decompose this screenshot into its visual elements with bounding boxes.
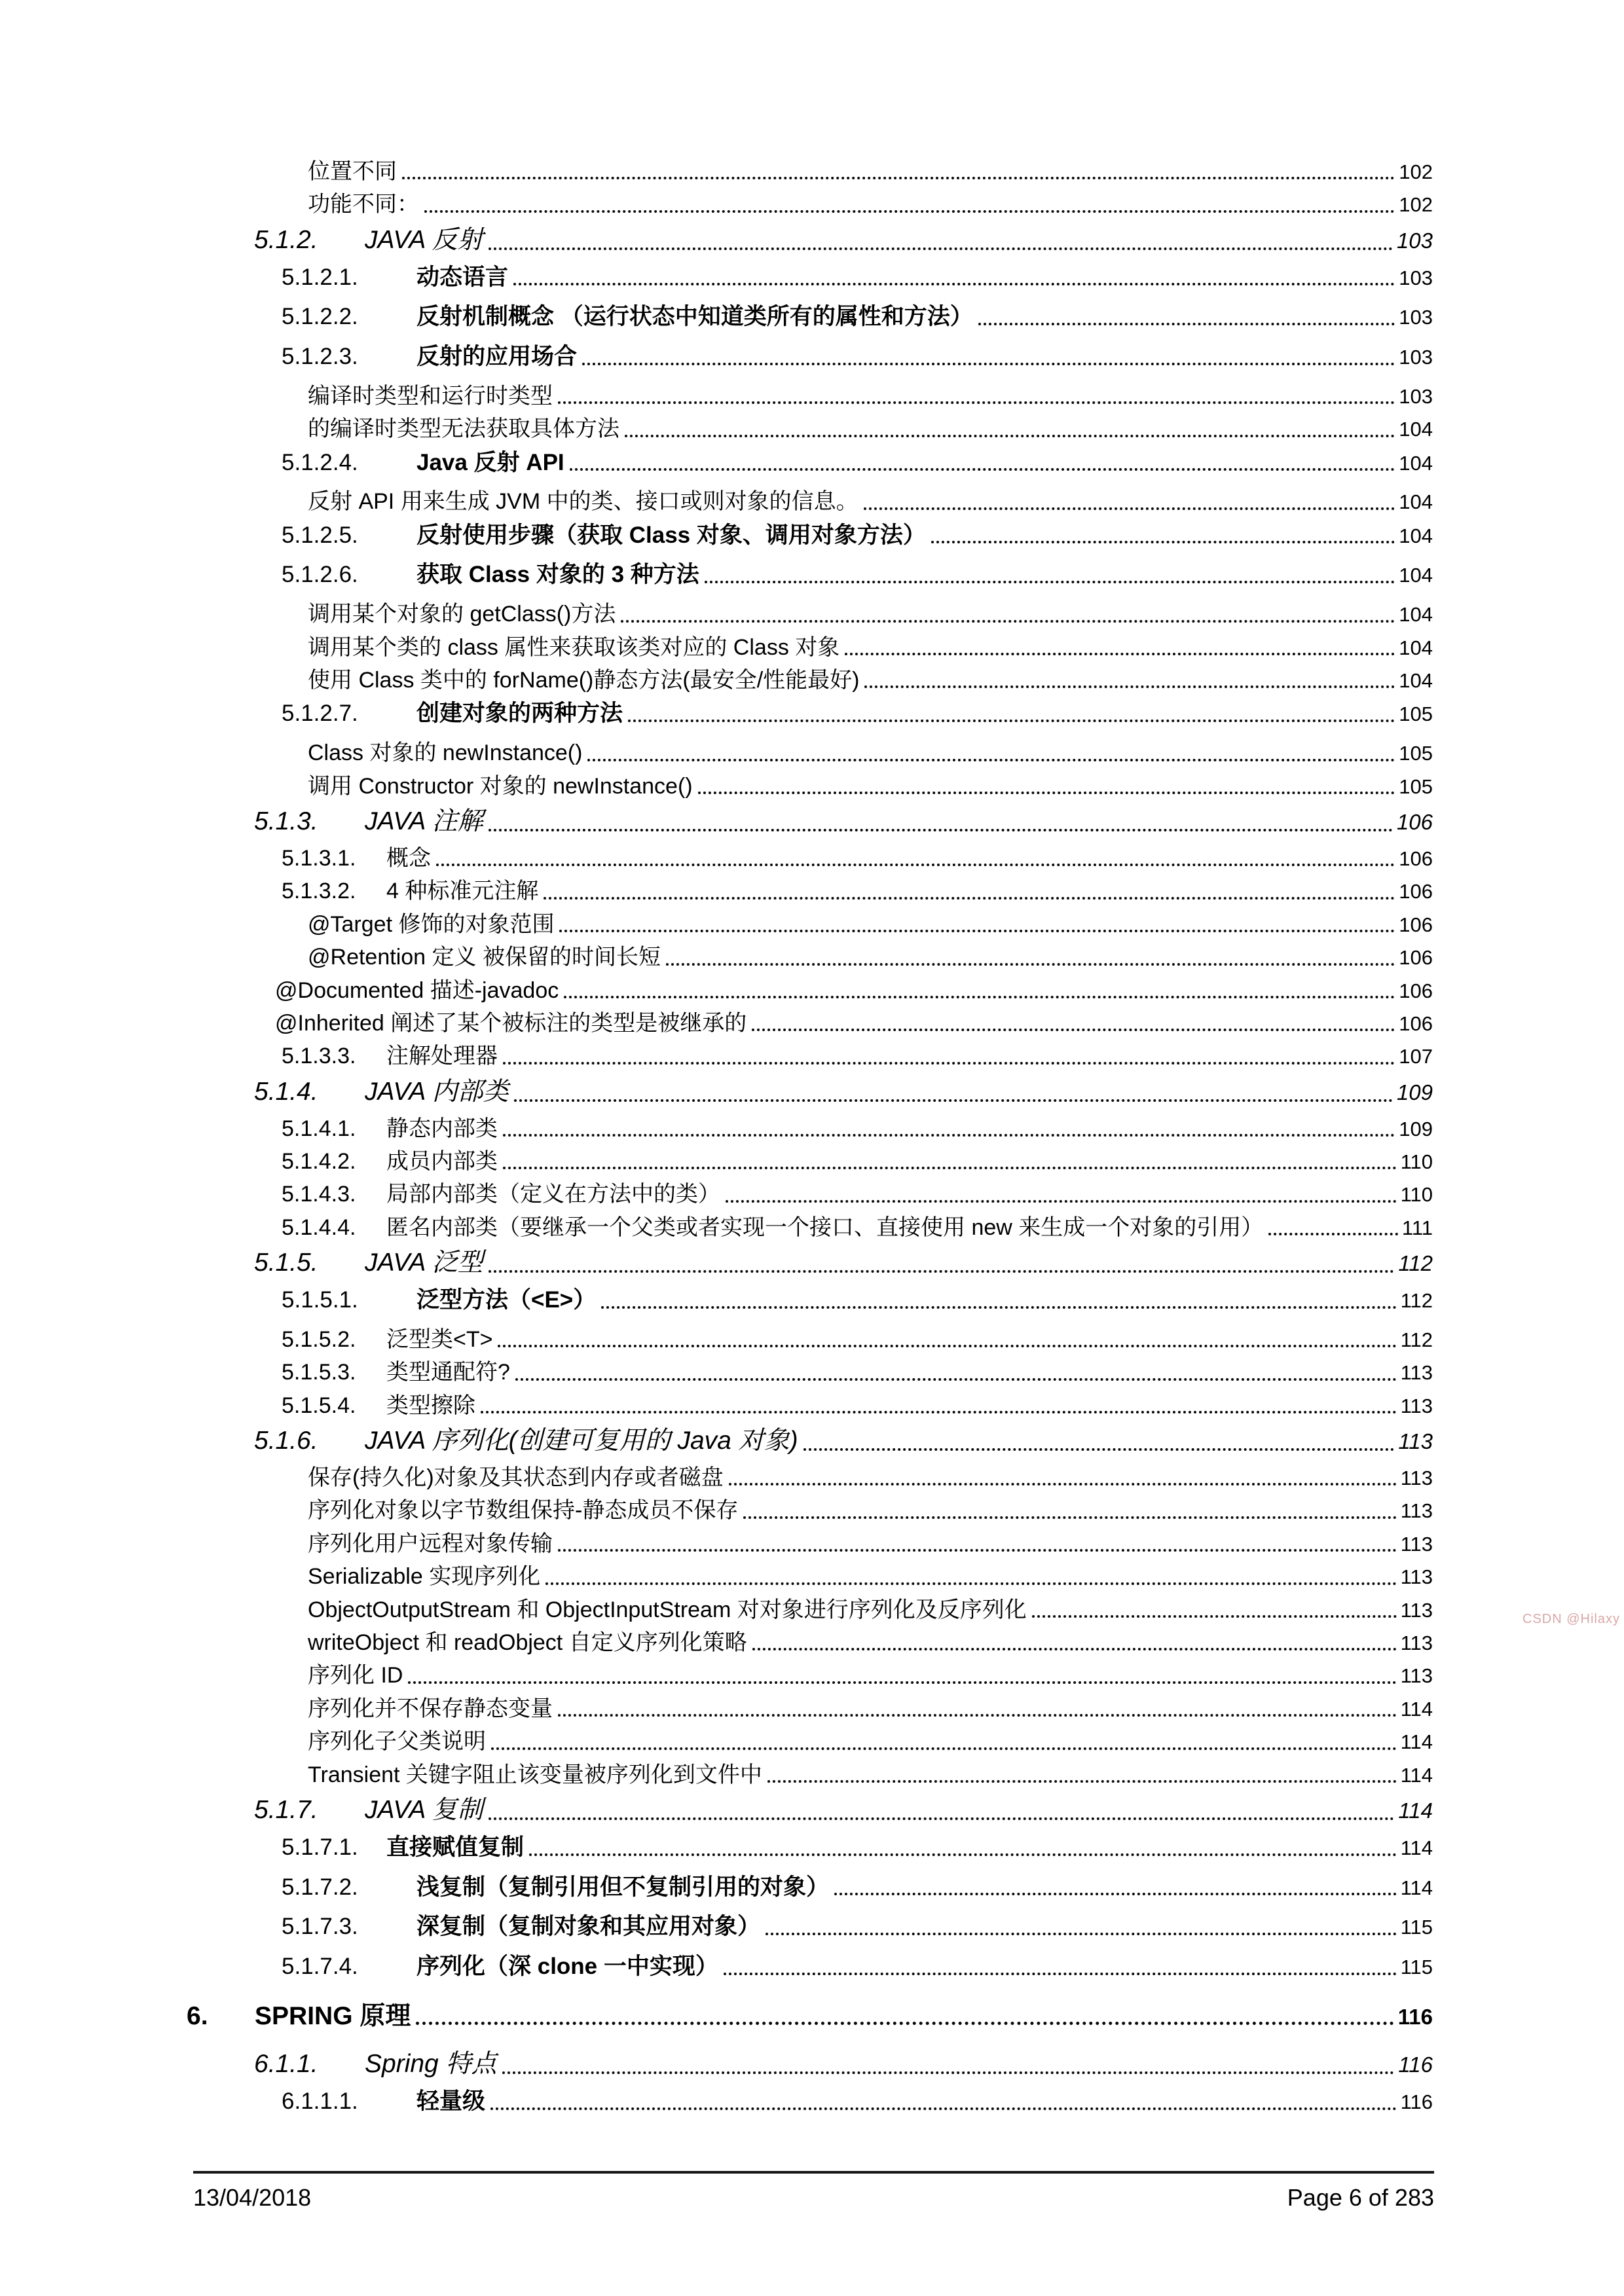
toc-entry-label: 静态内部类 — [386, 1116, 498, 1142]
dot-leader — [845, 653, 1395, 655]
toc-entry-page: 114 — [1401, 1836, 1433, 1861]
dot-leader — [491, 1747, 1397, 1750]
toc-entry-page: 102 — [1399, 160, 1433, 185]
dot-leader — [587, 759, 1395, 761]
toc-entry[interactable]: 调用某个对象的 getClass()方法 104 — [0, 601, 1624, 628]
dot-leader — [559, 930, 1395, 932]
toc-entry[interactable]: @Retention 定义 被保留的时间长短 106 — [0, 944, 1624, 971]
toc-entry-label: Class 对象的 newInstance() — [308, 740, 582, 767]
toc-entry-page: 110 — [1401, 1182, 1433, 1207]
toc-entry-page: 103 — [1399, 266, 1433, 291]
toc-entry-number: 5.1.2.5. — [282, 522, 416, 550]
toc-entry-label: 反射使用步骤（获取 Class 对象、调用对象方法） — [416, 522, 926, 550]
toc-entry-label: 反射 API 用来生成 JVM 中的类、接口或则对象的信息。 — [308, 488, 858, 515]
toc-entry-page: 112 — [1401, 1288, 1433, 1313]
dot-leader — [864, 507, 1395, 510]
toc-entry-label: 动态语言 — [416, 264, 508, 292]
toc-entry-page: 104 — [1399, 451, 1433, 476]
toc-entry-label: @Inherited 阐述了某个被标注的类型是被继承的 — [275, 1010, 747, 1037]
toc-entry[interactable]: ObjectOutputStream 和 ObjectInputStream 对… — [0, 1597, 1624, 1624]
toc-entry[interactable]: @Inherited 阐述了某个被标注的类型是被继承的 106 — [0, 1010, 1624, 1037]
toc-entry-label: 浅复制（复制引用但不复制引用的对象） — [416, 1874, 829, 1902]
toc-entry-number: 5.1.7.2. — [282, 1874, 416, 1902]
toc-entry-label: 类型通配符? — [386, 1359, 510, 1386]
toc-entry-label: 直接赋值复制 — [386, 1834, 524, 1862]
dot-leader — [503, 1062, 1395, 1065]
toc-entry[interactable]: 5.1.4.4. 匿名内部类（要继承一个父类或者实现一个接口、直接使用 new … — [0, 1214, 1624, 1241]
toc-entry[interactable]: 5.1.2.1. 动态语言 103 — [0, 264, 1624, 292]
toc-entry[interactable]: 5.1.3. JAVA 注解 106 — [0, 806, 1624, 837]
toc-entry-label: 序列化子父类说明 — [308, 1728, 486, 1755]
toc-entry-page: 113 — [1401, 1631, 1433, 1656]
dot-leader — [503, 1134, 1395, 1137]
toc-entry-label: 序列化并不保存静态变量 — [308, 1696, 553, 1722]
dot-leader — [514, 1099, 1393, 1102]
dot-leader — [766, 1933, 1397, 1935]
dot-leader — [726, 1200, 1397, 1203]
toc-entry-label: 使用 Class 类中的 forName()静态方法(最安全/性能最好) — [308, 667, 859, 694]
toc-entry-label: 调用某个对象的 getClass()方法 — [308, 601, 616, 628]
toc-entry-label: 功能不同： — [308, 191, 419, 218]
toc-entry-label: @Retention 定义 被保留的时间长短 — [308, 944, 661, 971]
toc-entry-page: 114 — [1401, 1697, 1433, 1722]
toc-entry-page: 103 — [1399, 305, 1433, 330]
toc-entry[interactable]: 5.1.3.2. 4 种标准元注解 106 — [0, 878, 1624, 905]
toc-entry-label: 序列化（深 clone 一中实现） — [416, 1953, 718, 1981]
toc-entry-page: 106 — [1399, 879, 1433, 904]
footer-page-number: Page 6 of 283 — [1287, 2184, 1434, 2212]
dot-leader — [752, 1648, 1397, 1650]
toc-entry[interactable]: 序列化 ID 113 — [0, 1662, 1624, 1689]
toc-entry[interactable]: 5.1.6. JAVA 序列化(创建可复用的 Java 对象) 113 — [0, 1425, 1624, 1457]
dot-leader — [416, 2022, 1393, 2025]
toc-entry-number: 5.1.4.3. — [282, 1181, 386, 1208]
toc-entry-page: 116 — [1398, 2052, 1433, 2078]
dot-leader — [1268, 1233, 1398, 1235]
toc-entry-page: 104 — [1399, 636, 1433, 661]
toc-entry-page: 116 — [1398, 2004, 1433, 2030]
toc-entry-number: 5.1.2.2. — [282, 303, 416, 331]
dot-leader — [515, 1378, 1397, 1381]
dot-leader — [570, 468, 1395, 471]
toc-entry-label: 序列化用户远程对象传输 — [308, 1531, 553, 1558]
dot-leader — [545, 1582, 1396, 1585]
dot-leader — [729, 1483, 1397, 1485]
toc-entry-label: 获取 Class 对象的 3 种方法 — [416, 561, 699, 589]
toc-entry-page: 116 — [1401, 2090, 1433, 2115]
toc-entry-page: 106 — [1399, 979, 1433, 1004]
toc-entry-label: 调用某个类的 class 属性来获取该类对应的 Class 对象 — [308, 634, 840, 661]
toc-entry-number: 5.1.5. — [254, 1247, 365, 1279]
toc-entry-page: 103 — [1399, 345, 1433, 370]
toc-entry[interactable]: 序列化并不保存静态变量 114 — [0, 1696, 1624, 1722]
toc-entry-number: 5.1.3.2. — [282, 878, 386, 905]
dot-leader — [544, 897, 1395, 900]
toc-entry-page: 107 — [1399, 1044, 1433, 1069]
dot-leader — [424, 210, 1395, 213]
toc-entry[interactable]: Class 对象的 newInstance() 105 — [0, 740, 1624, 767]
toc-entry[interactable]: 保存(持久化)对象及其状态到内存或者磁盘 113 — [0, 1465, 1624, 1491]
toc-entry[interactable]: 5.1.4.3. 局部内部类（定义在方法中的类） 110 — [0, 1181, 1624, 1208]
toc-entry-page: 113 — [1401, 1598, 1433, 1623]
toc-entry-label: SPRING 原理 — [255, 2001, 411, 2032]
toc-entry-page: 111 — [1402, 1216, 1433, 1241]
toc-entry-label: JAVA 反射 — [365, 225, 483, 256]
toc-entry[interactable]: 5.1.7.4. 序列化（深 clone 一中实现） 115 — [0, 1953, 1624, 1981]
toc-entry-page: 104 — [1399, 563, 1433, 588]
dot-leader — [529, 1853, 1397, 1856]
toc-entry[interactable]: 5.1.2.6. 获取 Class 对象的 3 种方法 104 — [0, 561, 1624, 589]
toc-entry-number: 5.1.7.1. — [282, 1834, 386, 1862]
dot-leader — [752, 1029, 1395, 1031]
toc-entry-number: 5.1.2.3. — [282, 343, 416, 371]
toc-entry-number: 6.1.1. — [254, 2049, 365, 2080]
toc-entry-label: writeObject 和 readObject 自定义序列化策略 — [308, 1630, 747, 1656]
toc-entry-page: 104 — [1399, 668, 1433, 693]
page-footer: 13/04/2018 Page 6 of 283 — [193, 2171, 1434, 2212]
toc-entry-label: 局部内部类（定义在方法中的类） — [386, 1181, 720, 1208]
toc-entry[interactable]: 5.1.2.7. 创建对象的两种方法 105 — [0, 700, 1624, 728]
toc-entry[interactable]: 5.1.4.2. 成员内部类 110 — [0, 1148, 1624, 1175]
csdn-watermark: CSDN @Hilaxy — [1522, 1612, 1620, 1627]
toc-entry-number: 5.1.4. — [254, 1076, 365, 1108]
toc-entry-page: 113 — [1401, 1532, 1433, 1557]
toc-entry[interactable]: 5.1.3.1. 概念 106 — [0, 845, 1624, 872]
toc-entry-page: 109 — [1397, 1080, 1433, 1106]
toc-entry-page: 106 — [1399, 945, 1433, 970]
dot-leader — [402, 177, 1395, 179]
toc-entry[interactable]: Transient 关键字阻止该变量被序列化到文件中 114 — [0, 1762, 1624, 1789]
dot-leader — [621, 620, 1395, 623]
dot-leader — [705, 581, 1395, 583]
toc-entry-page: 112 — [1401, 1328, 1433, 1353]
toc-entry-number: 5.1.6. — [254, 1425, 365, 1457]
toc-entry-page: 114 — [1401, 1730, 1433, 1755]
dot-leader — [558, 401, 1395, 404]
dot-leader — [489, 1270, 1395, 1273]
toc-entry-label: 位置不同 — [308, 158, 397, 185]
toc-entry[interactable]: 5.1.2. JAVA 反射 103 — [0, 225, 1624, 256]
toc-entry-label: 序列化对象以字节数组保持-静态成员不保存 — [308, 1497, 738, 1524]
toc-entry-number: 5.1.5.4. — [282, 1393, 386, 1419]
toc-entry-label: 类型擦除 — [386, 1393, 475, 1419]
toc-entry-label: Serializable 实现序列化 — [308, 1563, 540, 1590]
toc-entry-label: 深复制（复制对象和其应用对象） — [416, 1913, 760, 1941]
toc-entry-label: Transient 关键字阻止该变量被序列化到文件中 — [308, 1762, 762, 1789]
toc-entry-page: 106 — [1397, 809, 1433, 835]
toc-entry-number: 5.1.3. — [254, 806, 365, 837]
dot-leader — [489, 1817, 1395, 1820]
toc-entry-number: 6.1.1.1. — [282, 2088, 416, 2116]
toc-entry-number: 5.1.3.3. — [282, 1043, 386, 1070]
toc-entry-label: JAVA 序列化(创建可复用的 Java 对象) — [365, 1425, 798, 1457]
toc-entry-label: 4 种标准元注解 — [386, 878, 538, 905]
toc-entry[interactable]: 5.1.7.3. 深复制（复制对象和其应用对象） 115 — [0, 1913, 1624, 1941]
toc-entry-page: 115 — [1401, 1955, 1433, 1980]
toc-entry[interactable]: 功能不同： 102 — [0, 191, 1624, 218]
toc-entry[interactable]: 5.1.4. JAVA 内部类 109 — [0, 1076, 1624, 1108]
toc-entry-label: JAVA 复制 — [365, 1795, 483, 1826]
toc-entry[interactable]: 5.1.4.1. 静态内部类 109 — [0, 1116, 1624, 1142]
dot-leader — [498, 1345, 1396, 1347]
toc-entry[interactable]: 调用 Constructor 对象的 newInstance() 105 — [0, 773, 1624, 800]
toc-entry[interactable]: 序列化用户远程对象传输 113 — [0, 1531, 1624, 1558]
toc-entry-page: 103 — [1399, 384, 1433, 409]
toc-entry-number: 5.1.5.3. — [282, 1359, 386, 1386]
dot-leader — [436, 864, 1395, 866]
toc-entry-label: @Documented 描述-javadoc — [275, 977, 559, 1004]
dot-leader — [743, 1516, 1396, 1519]
toc-entry[interactable]: 6. SPRING 原理 116 — [0, 2001, 1624, 2032]
toc-entry[interactable]: 6.1.1. Spring 特点 116 — [0, 2049, 1624, 2080]
toc-entry-page: 106 — [1399, 1011, 1433, 1036]
toc-entry-page: 105 — [1399, 741, 1433, 766]
toc-entry-label: Spring 特点 — [365, 2049, 497, 2080]
table-of-contents: 位置不同 102 功能不同： 102 5.1.2. JAVA 反射 103 5.… — [0, 0, 1624, 2116]
toc-entry[interactable]: 序列化对象以字节数组保持-静态成员不保存 113 — [0, 1497, 1624, 1524]
toc-entry[interactable]: 5.1.5.2. 泛型类<T> 112 — [0, 1326, 1624, 1353]
toc-entry-label: @Target 修饰的对象范围 — [308, 911, 554, 938]
toc-entry-label: 泛型方法（<E>） — [416, 1286, 596, 1315]
dot-leader — [489, 829, 1393, 831]
toc-entry-page: 113 — [1401, 1565, 1433, 1590]
dot-leader — [564, 996, 1395, 998]
toc-entry-page: 102 — [1399, 192, 1433, 217]
toc-entry-number: 5.1.2.1. — [282, 264, 416, 292]
toc-entry-label: 保存(持久化)对象及其状态到内存或者磁盘 — [308, 1465, 724, 1491]
toc-entry[interactable]: 5.1.7.2. 浅复制（复制引用但不复制引用的对象） 114 — [0, 1874, 1624, 1902]
toc-entry-page: 104 — [1399, 524, 1433, 549]
toc-entry-page: 113 — [1401, 1499, 1433, 1523]
toc-entry-label: 编译时类型和运行时类型 — [308, 383, 553, 410]
dot-leader — [408, 1681, 1396, 1684]
dot-leader — [803, 1448, 1395, 1451]
dot-leader — [666, 963, 1395, 966]
toc-entry-number: 5.1.7.4. — [282, 1953, 416, 1981]
toc-entry-page: 104 — [1399, 490, 1433, 515]
toc-entry-label: JAVA 注解 — [365, 806, 483, 837]
toc-entry-page: 112 — [1398, 1250, 1433, 1277]
toc-entry-page: 109 — [1399, 1117, 1433, 1142]
toc-entry-number: 5.1.2.6. — [282, 561, 416, 589]
dot-leader — [601, 1306, 1396, 1309]
toc-entry[interactable]: 5.1.5.4. 类型擦除 113 — [0, 1393, 1624, 1419]
toc-entry-label: 匿名内部类（要继承一个父类或者实现一个接口、直接使用 new 来生成一个对象的引… — [386, 1214, 1263, 1241]
toc-entry-number: 5.1.4.4. — [282, 1214, 386, 1241]
toc-entry[interactable]: 5.1.3.3. 注解处理器 107 — [0, 1043, 1624, 1070]
toc-entry[interactable]: 5.1.2.4. Java 反射 API 104 — [0, 449, 1624, 477]
dot-leader — [628, 720, 1395, 722]
toc-entry[interactable]: 调用某个类的 class 属性来获取该类对应的 Class 对象 104 — [0, 634, 1624, 661]
toc-entry-number: 5.1.2. — [254, 225, 365, 256]
toc-entry[interactable]: 5.1.7. JAVA 复制 114 — [0, 1795, 1624, 1826]
toc-entry-number: 6. — [187, 2001, 255, 2032]
toc-entry[interactable]: 5.1.5.3. 类型通配符? 113 — [0, 1359, 1624, 1386]
toc-entry-page: 114 — [1401, 1763, 1433, 1788]
toc-entry-label: 泛型类<T> — [386, 1326, 492, 1353]
toc-entry-number: 5.1.2.4. — [282, 449, 416, 477]
toc-entry-number: 5.1.5.2. — [282, 1326, 386, 1353]
toc-entry-label: 调用 Constructor 对象的 newInstance() — [308, 773, 693, 800]
toc-entry-number: 5.1.5.1. — [282, 1286, 416, 1315]
toc-entry-label: ObjectOutputStream 和 ObjectInputStream 对… — [308, 1597, 1027, 1624]
toc-entry-label: JAVA 内部类 — [365, 1076, 509, 1108]
toc-entry-page: 104 — [1399, 602, 1433, 627]
toc-entry[interactable]: 位置不同 102 — [0, 158, 1624, 185]
toc-entry-number: 5.1.2.7. — [282, 700, 416, 728]
toc-entry-page: 113 — [1401, 1664, 1433, 1688]
toc-entry-number: 5.1.4.2. — [282, 1148, 386, 1175]
toc-entry-label: 反射的应用场合 — [416, 343, 577, 371]
toc-entry[interactable]: 使用 Class 类中的 forName()静态方法(最安全/性能最好) 104 — [0, 667, 1624, 694]
toc-entry-number: 5.1.4.1. — [282, 1116, 386, 1142]
toc-entry[interactable]: 5.1.5. JAVA 泛型 112 — [0, 1247, 1624, 1279]
dot-leader — [503, 1167, 1397, 1169]
dot-leader — [558, 1549, 1397, 1552]
toc-entry-page: 105 — [1399, 702, 1433, 727]
toc-entry-page: 110 — [1401, 1150, 1433, 1175]
toc-entry-page: 106 — [1399, 847, 1433, 871]
toc-entry-page: 103 — [1397, 228, 1433, 254]
toc-entry-label: 成员内部类 — [386, 1148, 498, 1175]
toc-entry-page: 106 — [1399, 913, 1433, 938]
toc-entry-page: 104 — [1399, 417, 1433, 442]
toc-entry[interactable]: @Documented 描述-javadoc 106 — [0, 977, 1624, 1004]
toc-page: 位置不同 102 功能不同： 102 5.1.2. JAVA 反射 103 5.… — [0, 0, 1624, 2296]
toc-entry[interactable]: 的编译时类型无法获取具体方法 104 — [0, 416, 1624, 443]
toc-entry-page: 114 — [1401, 1876, 1433, 1901]
toc-entry[interactable]: 反射 API 用来生成 JVM 中的类、接口或则对象的信息。 104 — [0, 488, 1624, 515]
toc-entry-label: 反射机制概念 （运行状态中知道类所有的属性和方法） — [416, 303, 973, 331]
dot-leader — [489, 247, 1393, 250]
toc-entry-page: 113 — [1401, 1394, 1433, 1419]
dot-leader — [502, 2071, 1395, 2074]
toc-entry-label: Java 反射 API — [416, 449, 564, 477]
dot-leader — [490, 2107, 1397, 2110]
dot-leader — [698, 792, 1395, 794]
toc-entry[interactable]: 5.1.2.5. 反射使用步骤（获取 Class 对象、调用对象方法） 104 — [0, 522, 1624, 550]
toc-entry[interactable]: 6.1.1.1. 轻量级 116 — [0, 2088, 1624, 2116]
dot-leader — [582, 363, 1395, 365]
toc-entry-label: 序列化 ID — [308, 1662, 403, 1689]
toc-entry-label: 概念 — [386, 845, 431, 872]
toc-entry-page: 113 — [1401, 1466, 1433, 1491]
dot-leader — [558, 1714, 1397, 1717]
toc-entry[interactable]: 5.1.5.1. 泛型方法（<E>） 112 — [0, 1286, 1624, 1315]
dot-leader — [931, 541, 1395, 543]
dot-leader — [481, 1411, 1397, 1413]
footer-date: 13/04/2018 — [193, 2184, 311, 2212]
toc-entry-number: 5.1.7. — [254, 1795, 365, 1826]
toc-entry-number: 5.1.3.1. — [282, 845, 386, 872]
toc-entry-label: JAVA 泛型 — [365, 1247, 483, 1279]
dot-leader — [625, 435, 1395, 437]
toc-entry-page: 113 — [1401, 1360, 1433, 1385]
toc-entry-label: 的编译时类型无法获取具体方法 — [308, 416, 619, 443]
toc-entry-page: 114 — [1398, 1798, 1433, 1824]
toc-entry-label: 轻量级 — [416, 2088, 485, 2116]
toc-entry[interactable]: 序列化子父类说明 114 — [0, 1728, 1624, 1755]
toc-entry-number: 5.1.7.3. — [282, 1913, 416, 1941]
dot-leader — [864, 685, 1395, 688]
dot-leader — [767, 1780, 1397, 1783]
toc-entry-label: 创建对象的两种方法 — [416, 700, 623, 728]
toc-entry-page: 105 — [1399, 774, 1433, 799]
toc-entry-label: 注解处理器 — [386, 1043, 498, 1070]
dot-leader — [1032, 1615, 1397, 1618]
toc-entry[interactable]: @Target 修饰的对象范围 106 — [0, 911, 1624, 938]
toc-entry[interactable]: 编译时类型和运行时类型 103 — [0, 383, 1624, 410]
dot-leader — [724, 1973, 1397, 1975]
toc-entry[interactable]: 5.1.7.1. 直接赋值复制 114 — [0, 1834, 1624, 1862]
dot-leader — [513, 283, 1395, 285]
toc-entry-page: 115 — [1401, 1915, 1433, 1940]
dot-leader — [834, 1893, 1397, 1895]
toc-entry[interactable]: Serializable 实现序列化 113 — [0, 1563, 1624, 1590]
toc-entry[interactable]: writeObject 和 readObject 自定义序列化策略 113 — [0, 1630, 1624, 1656]
toc-entry[interactable]: 5.1.2.2. 反射机制概念 （运行状态中知道类所有的属性和方法） 103 — [0, 303, 1624, 331]
toc-entry[interactable]: 5.1.2.3. 反射的应用场合 103 — [0, 343, 1624, 371]
dot-leader — [978, 323, 1395, 325]
toc-entry-page: 113 — [1398, 1429, 1433, 1455]
